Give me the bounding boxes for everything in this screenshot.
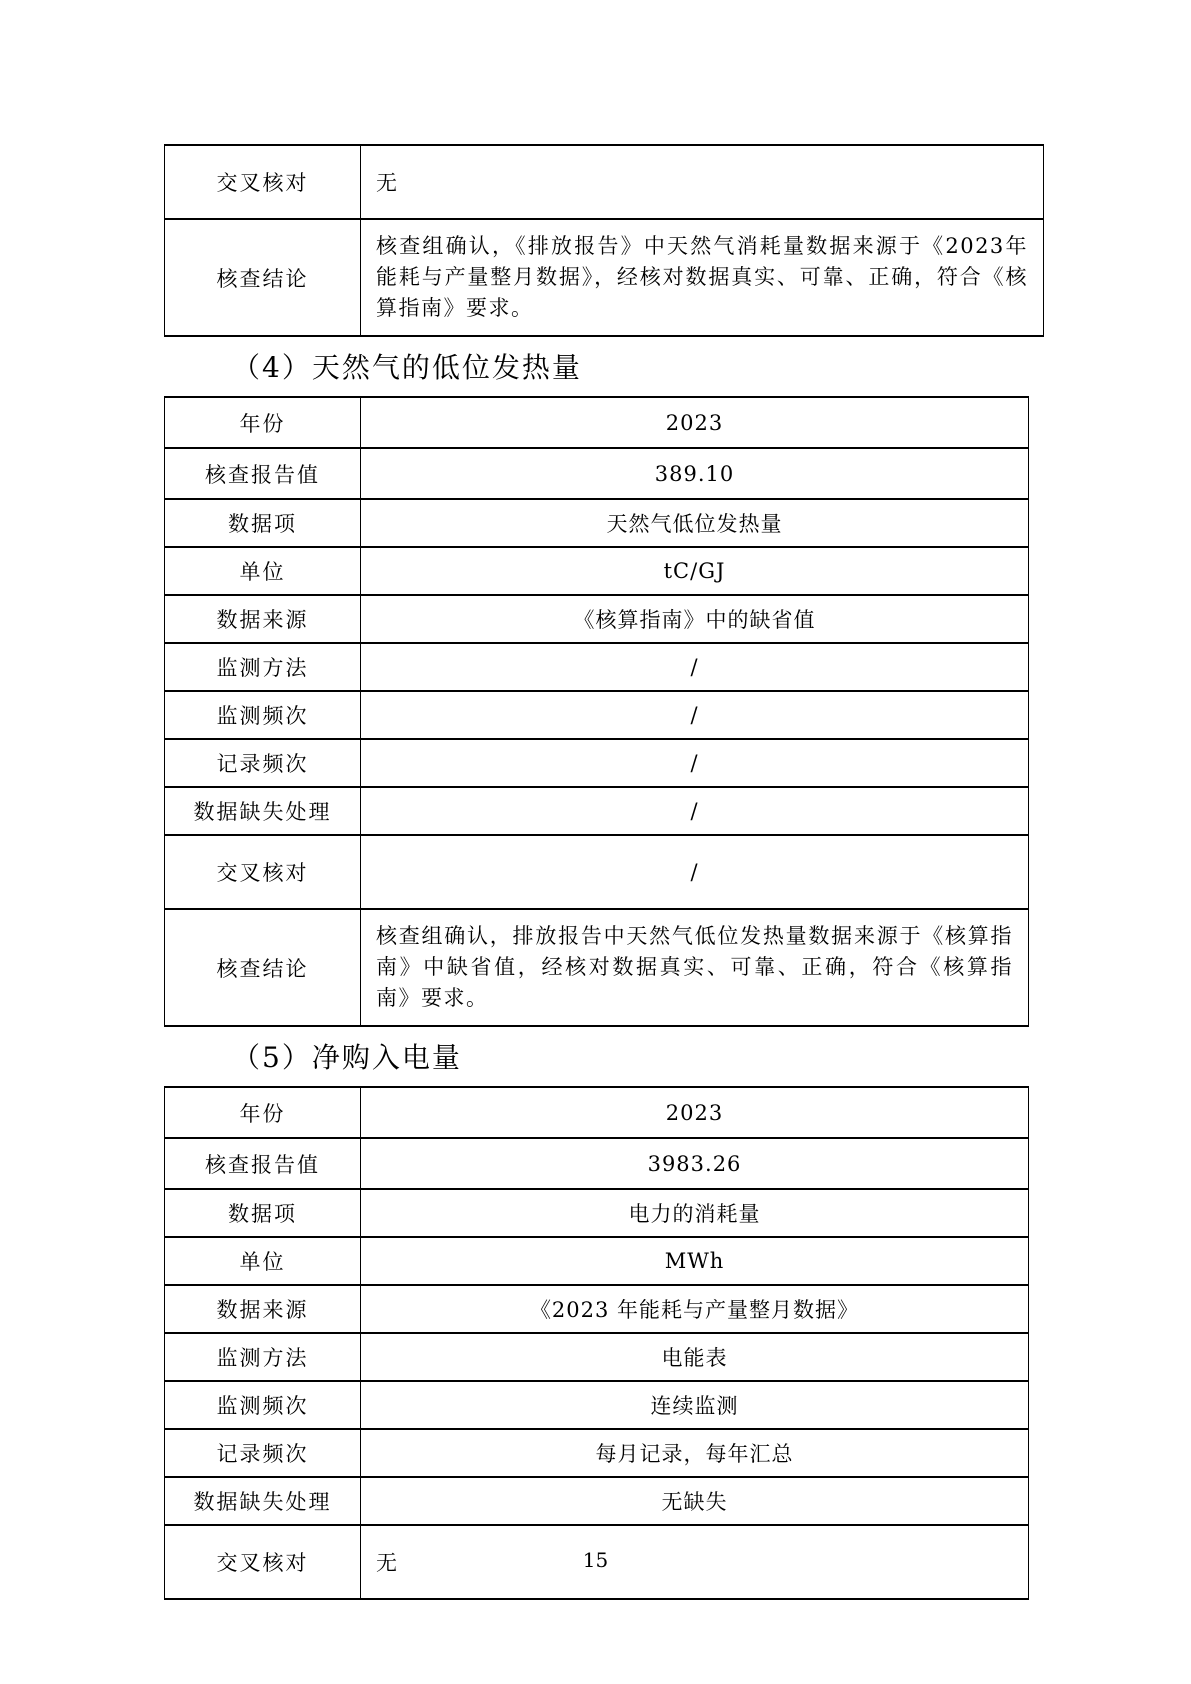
row-missing-data-handling: 数据缺失处理 无缺失 [165,1477,1029,1525]
table-net-purchased-electricity: 年份 2023 核查报告值 3983.26 数据项 电力的消耗量 单位 MWh … [164,1086,1029,1600]
row-verification-conclusion-label: 核查结论 [165,219,361,336]
row-unit-label: 单位 [165,547,361,595]
row-year: 年份 2023 [165,397,1029,448]
row-monitoring-method-label: 监测方法 [165,1333,361,1381]
row-data-item: 数据项 天然气低位发热量 [165,499,1029,547]
table-natural-gas-lhv: 年份 2023 核查报告值 389.10 数据项 天然气低位发热量 单位 tC/… [164,396,1029,1027]
row-verified-report-value: 核查报告值 389.10 [165,448,1029,499]
row-verified-report-value: 核查报告值 3983.26 [165,1138,1029,1189]
row-year-value: 2023 [361,1087,1029,1138]
row-unit-value: tC/GJ [361,547,1029,595]
row-data-source: 数据来源 《核算指南》中的缺省值 [165,595,1029,643]
row-year-label: 年份 [165,1087,361,1138]
row-monitoring-frequency-value: / [361,691,1029,739]
row-monitoring-method-value: / [361,643,1029,691]
row-monitoring-frequency-value: 连续监测 [361,1381,1029,1429]
row-recording-frequency: 记录频次 每月记录，每年汇总 [165,1429,1029,1477]
row-data-source-value: 《核算指南》中的缺省值 [361,595,1029,643]
row-verification-conclusion-value: 核查组确认，排放报告中天然气低位发热量数据来源于《核算指南》中缺省值，经核对数据… [361,909,1029,1026]
row-monitoring-frequency: 监测频次 / [165,691,1029,739]
row-recording-frequency-value: / [361,739,1029,787]
section-heading-5-net-purchased-electricity: （5）净购入电量 [164,1027,1026,1086]
row-missing-data-handling-label: 数据缺失处理 [165,1477,361,1525]
row-monitoring-method-value: 电能表 [361,1333,1029,1381]
row-data-source-label: 数据来源 [165,1285,361,1333]
row-cross-check-label: 交叉核对 [165,835,361,909]
page-number: 15 [0,1548,1191,1572]
row-unit-label: 单位 [165,1237,361,1285]
document-page-content: 交叉核对 无 核查结论 核查组确认，《排放报告》中天然气消耗量数据来源于《202… [164,0,1026,1600]
row-verification-conclusion-value: 核查组确认，《排放报告》中天然气消耗量数据来源于《2023年能耗与产量整月数据》… [361,219,1044,336]
row-missing-data-handling: 数据缺失处理 / [165,787,1029,835]
row-missing-data-handling-value: / [361,787,1029,835]
row-year: 年份 2023 [165,1087,1029,1138]
row-year-value: 2023 [361,397,1029,448]
row-data-item-value: 天然气低位发热量 [361,499,1029,547]
row-verification-conclusion-label: 核查结论 [165,909,361,1026]
row-missing-data-handling-label: 数据缺失处理 [165,787,361,835]
row-data-item-label: 数据项 [165,499,361,547]
row-year-label: 年份 [165,397,361,448]
row-monitoring-frequency-label: 监测频次 [165,1381,361,1429]
row-data-source-value: 《2023 年能耗与产量整月数据》 [361,1285,1029,1333]
row-missing-data-handling-value: 无缺失 [361,1477,1029,1525]
row-verified-report-value-value: 389.10 [361,448,1029,499]
row-monitoring-frequency-label: 监测频次 [165,691,361,739]
section-heading-4-natural-gas-lhv: （4）天然气的低位发热量 [164,337,1026,396]
row-verification-conclusion: 核查结论 核查组确认，排放报告中天然气低位发热量数据来源于《核算指南》中缺省值，… [165,909,1029,1026]
row-recording-frequency: 记录频次 / [165,739,1029,787]
row-data-item-value: 电力的消耗量 [361,1189,1029,1237]
row-cross-check-value: / [361,835,1029,909]
row-cross-check-value: 无 [361,145,1044,219]
table-natural-gas-consumption-continued: 交叉核对 无 核查结论 核查组确认，《排放报告》中天然气消耗量数据来源于《202… [164,144,1044,337]
row-recording-frequency-label: 记录频次 [165,1429,361,1477]
row-cross-check: 交叉核对 无 [165,145,1044,219]
row-recording-frequency-label: 记录频次 [165,739,361,787]
row-verification-conclusion: 核查结论 核查组确认，《排放报告》中天然气消耗量数据来源于《2023年能耗与产量… [165,219,1044,336]
row-unit: 单位 MWh [165,1237,1029,1285]
row-data-source-label: 数据来源 [165,595,361,643]
row-unit-value: MWh [361,1237,1029,1285]
row-data-item-label: 数据项 [165,1189,361,1237]
row-monitoring-frequency: 监测频次 连续监测 [165,1381,1029,1429]
row-monitoring-method: 监测方法 / [165,643,1029,691]
row-monitoring-method: 监测方法 电能表 [165,1333,1029,1381]
row-unit: 单位 tC/GJ [165,547,1029,595]
row-verified-report-value-label: 核查报告值 [165,1138,361,1189]
row-cross-check-label: 交叉核对 [165,145,361,219]
row-monitoring-method-label: 监测方法 [165,643,361,691]
row-cross-check: 交叉核对 / [165,835,1029,909]
row-verified-report-value-label: 核查报告值 [165,448,361,499]
row-data-source: 数据来源 《2023 年能耗与产量整月数据》 [165,1285,1029,1333]
row-verified-report-value-value: 3983.26 [361,1138,1029,1189]
row-data-item: 数据项 电力的消耗量 [165,1189,1029,1237]
row-recording-frequency-value: 每月记录，每年汇总 [361,1429,1029,1477]
